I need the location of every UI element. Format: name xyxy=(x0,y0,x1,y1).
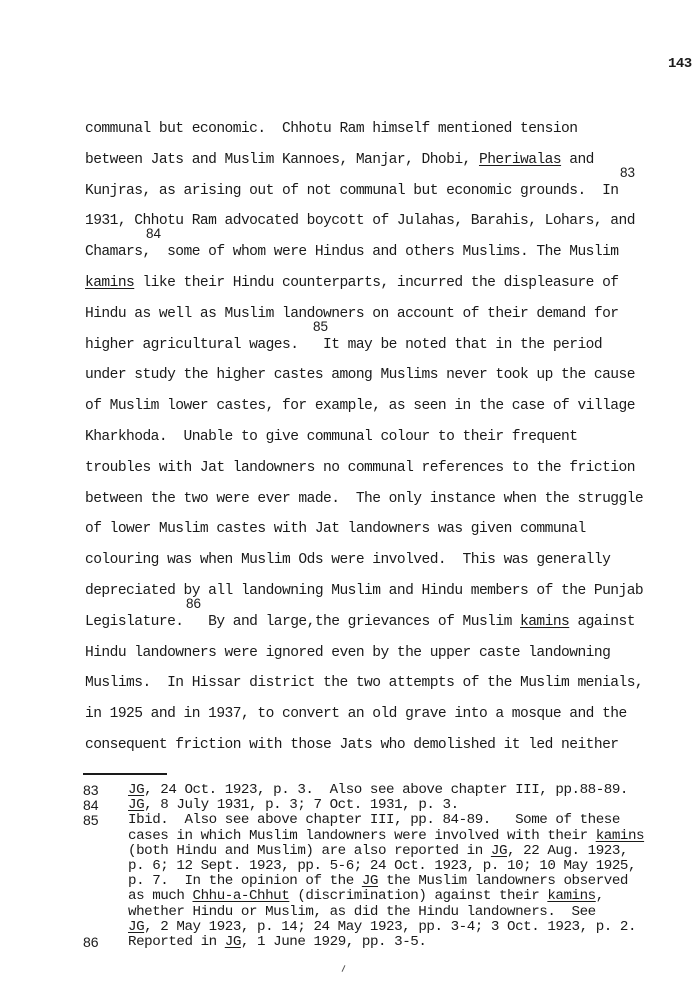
footnote-number: 84 xyxy=(83,798,99,813)
body-line: troubles with Jat landowners no communal… xyxy=(85,459,635,477)
underlined-term: kamins xyxy=(547,888,595,904)
body-line: in 1925 and in 1937, to convert an old g… xyxy=(85,705,627,723)
body-line: Muslims. In Hissar district the two atte… xyxy=(85,674,643,692)
underlined-term: kamins xyxy=(596,828,644,844)
footnote-reference: 85 xyxy=(313,320,328,334)
body-line: Chamars, some of whom were Hindus and ot… xyxy=(85,243,619,261)
underlined-term: JG xyxy=(128,919,144,935)
footnote-line: JG, 2 May 1923, p. 14; 24 May 1923, pp. … xyxy=(128,920,636,935)
body-line: Kharkhoda. Unable to give communal colou… xyxy=(85,428,577,446)
body-line: depreciated by all landowning Muslim and… xyxy=(85,582,643,600)
body-line: of lower Muslim castes with Jat landowne… xyxy=(85,520,586,538)
footnote-number: 86 xyxy=(83,935,99,950)
body-line: Kunjras, as arising out of not communal … xyxy=(85,182,619,200)
footnote-separator xyxy=(83,773,167,775)
footnote-line: JG, 24 Oct. 1923, p. 3. Also see above c… xyxy=(128,783,628,798)
footnote-line: cases in which Muslim landowners were in… xyxy=(128,829,644,844)
scan-mark xyxy=(342,965,346,972)
body-line: under study the higher castes among Musl… xyxy=(85,366,635,384)
body-line: colouring was when Muslim Ods were invol… xyxy=(85,551,610,569)
footnote-line: as much Chhu-a-Chhut (discrimination) ag… xyxy=(128,889,604,904)
footnote-line: p. 6; 12 Sept. 1923, pp. 5-6; 24 Oct. 19… xyxy=(128,859,636,874)
footnote-reference: 84 xyxy=(146,227,161,241)
footnote-line: Reported in JG, 1 June 1929, pp. 3-5. xyxy=(128,935,426,950)
underlined-term: JG xyxy=(491,843,507,859)
footnote-line: Ibid. Also see above chapter III, pp. 84… xyxy=(128,813,620,828)
footnote-line: whether Hindu or Muslim, as did the Hind… xyxy=(128,905,596,920)
footnote-number: 85 xyxy=(83,813,99,828)
underlined-term: kamins xyxy=(85,275,134,291)
body-line: between Jats and Muslim Kannoes, Manjar,… xyxy=(85,151,594,169)
body-line: of Muslim lower castes, for example, as … xyxy=(85,397,635,415)
body-line: Hindu as well as Muslim landowners on ac… xyxy=(85,305,619,323)
footnote-line: JG, 8 July 1931, p. 3; 7 Oct. 1931, p. 3… xyxy=(128,798,459,813)
body-line: 1931, Chhotu Ram advocated boycott of Ju… xyxy=(85,212,635,230)
body-line: consequent friction with those Jats who … xyxy=(85,736,619,754)
underlined-term: Chhu-a-Chhut xyxy=(193,888,290,904)
footnote-line: (both Hindu and Muslim) are also reporte… xyxy=(128,844,628,859)
footnote-reference: 83 xyxy=(620,166,635,180)
underlined-term: JG xyxy=(128,782,144,798)
page-number: 143 xyxy=(668,56,692,72)
body-line: kamins like their Hindu counterparts, in… xyxy=(85,274,619,292)
underlined-term: kamins xyxy=(520,614,569,630)
body-line: Hindu landowners were ignored even by th… xyxy=(85,644,610,662)
footnote-number: 83 xyxy=(83,783,99,798)
body-line: higher agricultural wages. It may be not… xyxy=(85,336,602,354)
body-line: communal but economic. Chhotu Ram himsel… xyxy=(85,120,577,138)
footnote-reference: 86 xyxy=(186,597,201,611)
underlined-term: Pheriwalas xyxy=(479,152,561,168)
body-line: Legislature. By and large,the grievances… xyxy=(85,613,635,631)
footnote-line: p. 7. In the opinion of the JG the Musli… xyxy=(128,874,628,889)
underlined-term: JG xyxy=(362,873,378,889)
underlined-term: JG xyxy=(128,797,144,813)
underlined-term: JG xyxy=(225,934,241,950)
body-line: between the two were ever made. The only… xyxy=(85,490,643,508)
